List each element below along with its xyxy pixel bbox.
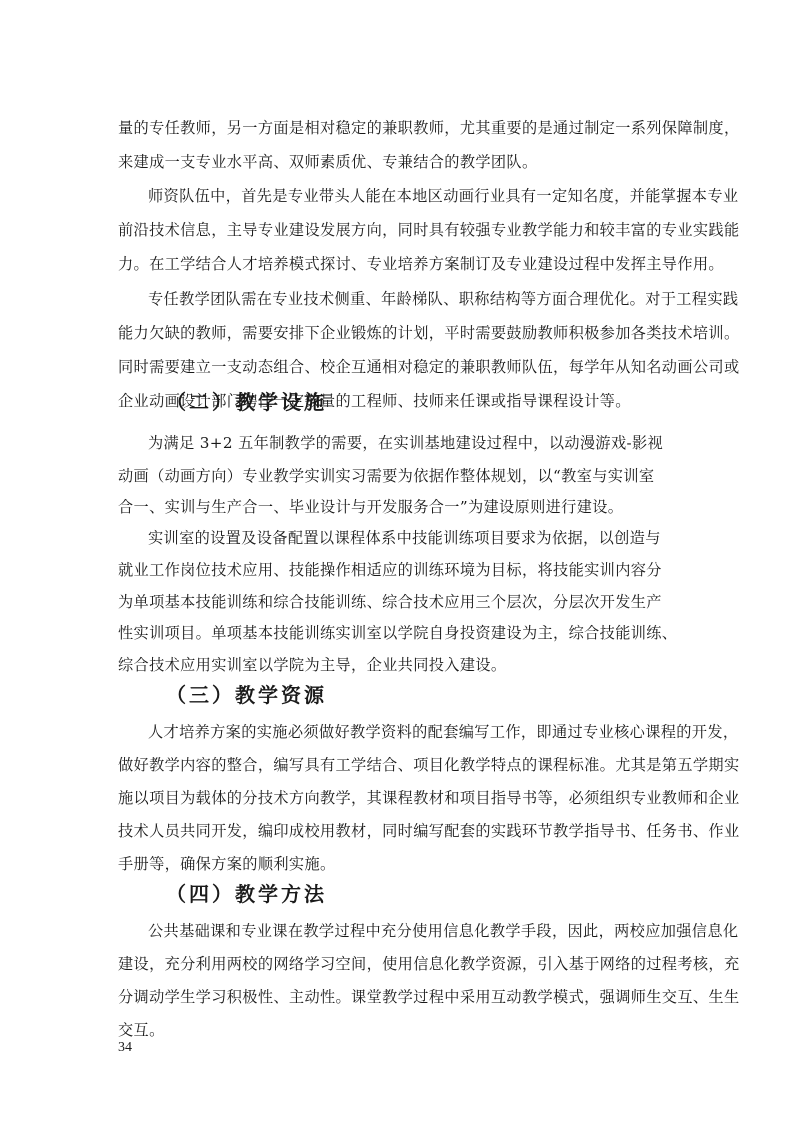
text-line: 师资队伍中，首先是专业带头人能在本地区动画行业具有一定知名度，并能掌握本专业 [148,186,714,206]
text-line: 量的专任教师，另一方面是相对稳定的兼职教师，尤其重要的是通过制定一系列保障制度， [118,118,684,138]
text-line: 前沿技术信息，主导专业建设发展方向，同时具有较强专业教学能力和较丰富的专业实践能 [118,220,684,240]
text-line: 做好教学内容的整合，编写具有工学结合、项目化教学特点的课程标准。尤其是第五学期实 [118,755,684,775]
text-line: 来建成一支专业水平高、双师素质优、专兼结合的教学团队。 [118,152,684,172]
text-line: 建设，充分利用两校的网络学习空间，使用信息化教学资源，引入基于网络的过程考核，充 [118,954,684,974]
text-line: 实训室的设置及设备配置以课程体系中技能训练项目要求为依据，以创造与 [148,528,714,548]
text-line: 就业工作岗位技术应用、技能操作相适应的训练环境为目标，将技能实训内容分 [118,560,684,580]
text-line: 分调动学生学习积极性、主动性。课堂教学过程中采用互动教学模式，强调师生交互、生生 [118,987,684,1007]
text-line: 合一、实训与生产合一、毕业设计与开发服务合一”为建设原则进行建设。 [118,497,684,517]
text-line: 综合技术应用实训室以学院为主导，企业共同投入建设。 [118,655,684,675]
text-line: 专任教学团队需在专业技术侧重、年龄梯队、职称结构等方面合理优化。对于工程实践 [148,289,714,309]
text-line: 人才培养方案的实施必须做好教学资料的配套编写工作，即通过专业核心课程的开发， [148,722,714,742]
text-line: 手册等，确保方案的顺利实施。 [118,854,684,874]
text-line: 力。在工学结合人才培养模式探讨、专业培养方案制订及专业建设过程中发挥主导作用。 [118,254,684,274]
document-page: 量的专任教师，另一方面是相对稳定的兼职教师，尤其重要的是通过制定一系列保障制度，… [0,0,800,1131]
page-number: 34 [118,1040,132,1056]
section-heading: （三）教学资源 [166,682,327,708]
text-line: 施以项目为载体的分技术方向教学，其课程教材和项目指导书等，必须组织专业教师和企业 [118,788,684,808]
section-heading: （四）教学方法 [166,881,327,907]
text-line: 技术人员共同开发，编印成校用教材，同时编写配套的实践环节教学指导书、任务书、作业 [118,821,684,841]
text-line: 动画（动画方向）专业教学实训实习需要为依据作整体规划，以“教室与实训室 [118,466,684,486]
text-line: 性实训项目。单项基本技能训练实训室以学院自身投资建设为主，综合技能训练、 [118,623,684,643]
text-line: 交互。 [118,1020,684,1040]
section-heading: （二）教学设施 [166,389,327,415]
text-line: 为满足 3+2 五年制教学的需要，在实训基地建设过程中，以动漫游戏-影视 [148,433,714,453]
text-line: 为单项基本技能训练和综合技能训练、综合技术应用三个层次，分层次开发生产 [118,592,684,612]
text-line: 公共基础课和专业课在教学过程中充分使用信息化教学手段，因此，两校应加强信息化 [148,921,714,941]
text-line: 能力欠缺的教师，需要安排下企业锻炼的计划，平时需要鼓励教师积极参加各类技术培训。 [118,323,684,343]
text-line: 同时需要建立一支动态组合、校企互通相对稳定的兼职教师队伍，每学年从知名动画公司或 [118,357,684,377]
